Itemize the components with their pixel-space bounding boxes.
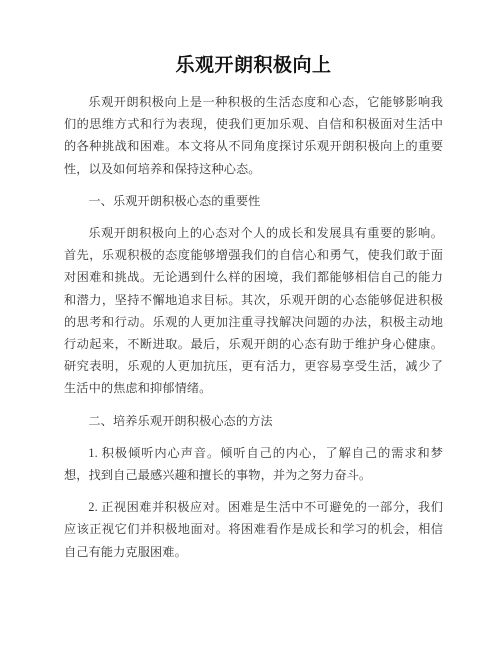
paragraph-method-2: 2. 正视困难并积极应对。困难是生活中不可避免的一部分，我们应该正视它们并积极地…	[64, 496, 443, 563]
document-page: 乐观开朗积极向上 乐观开朗积极向上是一种积极的生活态度和心态，它能够影响我们的思…	[0, 0, 502, 649]
document-title: 乐观开朗积极向上	[64, 52, 443, 80]
paragraph-importance: 乐观开朗积极向上的心态对个人的成长和发展具有重要的影响。首先，乐观积极的态度能够…	[64, 222, 443, 400]
paragraph-intro: 乐观开朗积极向上是一种积极的生活态度和心态，它能够影响我们的思维方式和行为表现，…	[64, 91, 443, 180]
section-heading-1: 一、乐观开朗积极心态的重要性	[64, 190, 443, 212]
paragraph-method-1: 1. 积极倾听内心声音。倾听自己的内心，了解自己的需求和梦想，找到自己最感兴趣和…	[64, 442, 443, 486]
section-heading-2: 二、培养乐观开朗积极心态的方法	[64, 410, 443, 432]
